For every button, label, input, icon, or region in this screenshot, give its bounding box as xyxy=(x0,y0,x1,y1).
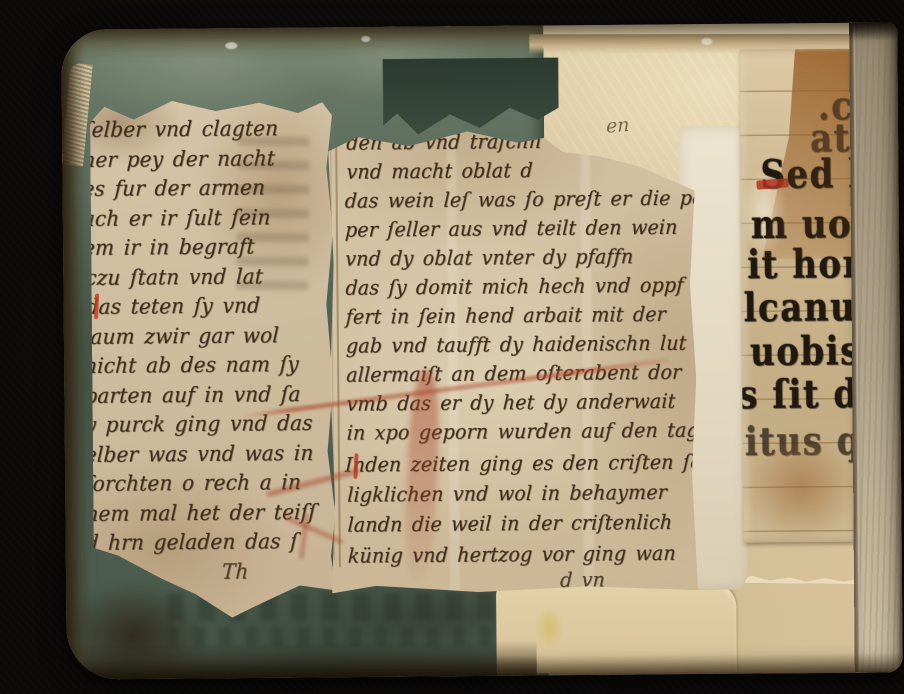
left-parchment-fragment: ſelber vnd clagten ner pey der nacht es … xyxy=(90,94,337,621)
latin-text-line: s ſit ds q xyxy=(739,374,859,415)
latin-text-line: lcanu xyxy=(743,288,856,328)
text-line: es fur der armen xyxy=(82,176,266,199)
text-line: ach er ir ſult ſein xyxy=(82,206,271,229)
text-line: elber was vnd was in xyxy=(84,442,314,465)
yellow-stain xyxy=(534,605,564,649)
paint-loss-speck xyxy=(701,38,712,45)
text-line: ligklichen vnd wol in behaymer xyxy=(347,483,668,506)
latin-text: s ſit ds xyxy=(739,371,859,419)
text-line: nicht ab des nam ſy xyxy=(84,353,300,376)
latin-text-line: uobis xyxy=(750,332,860,372)
text-line: fert in ſein hend arbait mit der xyxy=(345,305,666,328)
spine-shadow xyxy=(849,22,897,40)
latin-manuscript-strip: .c at Sed h m uob it hor lcanu uobis s ſ… xyxy=(739,49,859,543)
text-line: das wein leſ was ſo preſt er die pein xyxy=(344,188,723,211)
text-line: in xpo geporn wurden auf den tag xyxy=(346,421,699,444)
text-line: nem mal het der teiſſ xyxy=(85,501,317,524)
bottom-rim xyxy=(67,640,537,680)
text-line: y purck ging vnd das xyxy=(84,412,313,435)
text-line: em ir in begraft xyxy=(83,235,256,258)
text-line: parten auf in vnd ſa xyxy=(84,383,301,406)
manuscript-book-cover: en .c at Sed h m uob it hor lcanu uobis … xyxy=(61,22,903,679)
text-line: das teten ſy vnd xyxy=(85,294,260,317)
text-line: landn die weil in der criſtenlich xyxy=(347,513,673,536)
text-line: czu ſtatn vnd lat xyxy=(85,265,264,288)
paint-loss-speck xyxy=(361,36,370,42)
text-line-fragmentary: en xyxy=(606,116,630,137)
center-parchment-fragment: den ab vnd traſchn vnd macht oblat d das… xyxy=(328,120,698,593)
text-line: vnd macht oblat d xyxy=(346,161,533,183)
text-line-fragmentary: Th xyxy=(221,560,249,581)
text-line: laum zwir gar wol xyxy=(83,324,279,347)
text-line: ſelber vnd clagten xyxy=(84,117,279,140)
photo-stage: en .c at Sed h m uob it hor lcanu uobis … xyxy=(0,0,904,694)
text-line: vnd dy oblat vnter dy pfaffn xyxy=(345,247,634,270)
text-line: ner pey der nacht xyxy=(82,147,276,170)
rust-stain xyxy=(743,431,860,543)
text-line: per ſeller aus vnd teilt den wein xyxy=(345,218,679,241)
text-line: das ſy domit mich hech vnd oppf xyxy=(345,276,684,299)
text-line: gab vnd taufft dy haidenischn lut xyxy=(346,334,687,357)
bottom-rim xyxy=(497,652,903,676)
text-line: künig vnd hertzog vor ging wan xyxy=(347,544,676,567)
top-rim xyxy=(61,25,543,59)
text-line: d hrn geladen das ſ xyxy=(85,530,298,553)
ruling-line xyxy=(335,135,341,567)
text-line: Inden zeiten ging es den criſten ſe xyxy=(345,453,702,476)
